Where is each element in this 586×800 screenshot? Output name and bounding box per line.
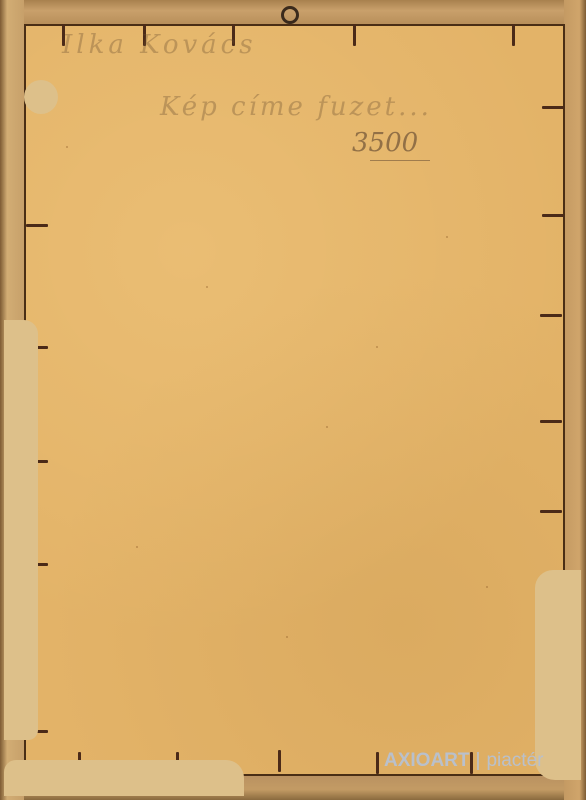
watermark: AXIOART|piactér — [384, 750, 543, 772]
speck — [326, 426, 328, 428]
nail-icon — [540, 420, 562, 423]
nail-icon — [542, 214, 564, 217]
speck — [486, 586, 488, 588]
speck — [206, 286, 208, 288]
nail-icon — [540, 510, 562, 513]
torn-tape-left — [4, 320, 38, 740]
handwritten-title: Kép címe fuzet... — [160, 92, 432, 122]
torn-tape-corner — [24, 80, 58, 114]
price-text: 3500 — [352, 128, 418, 158]
nail-icon — [540, 314, 562, 317]
handwritten-price: 3500 — [352, 128, 418, 158]
speck — [66, 146, 68, 148]
nail-icon — [376, 752, 379, 774]
handwritten-artist-name: Ilka Kovács — [62, 30, 257, 60]
nail-icon — [353, 24, 356, 46]
watermark-separator: | — [476, 750, 481, 771]
watermark-brand: AXIOART — [384, 750, 470, 771]
nail-icon — [512, 24, 515, 46]
hanging-ring-icon — [281, 6, 299, 24]
torn-tape-right — [535, 570, 581, 780]
price-underline — [370, 160, 430, 161]
nail-icon — [278, 750, 281, 772]
speck — [286, 636, 288, 638]
nail-icon — [26, 224, 48, 227]
speck — [136, 546, 138, 548]
watermark-sub: piactér — [486, 750, 543, 771]
speck — [376, 346, 378, 348]
cardboard-backing — [24, 24, 565, 776]
torn-tape-bottom — [4, 760, 244, 796]
nail-icon — [542, 106, 564, 109]
speck — [446, 236, 448, 238]
